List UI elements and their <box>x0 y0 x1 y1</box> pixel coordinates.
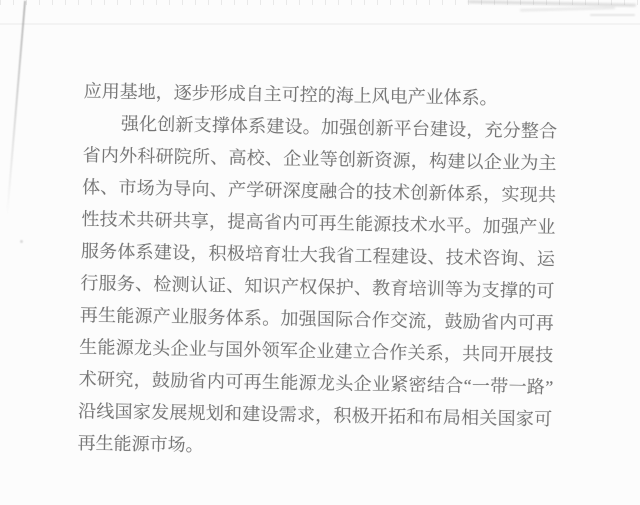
scan-artifact-fold-line <box>6 1 26 216</box>
scan-artifact-speck <box>20 240 23 243</box>
document-text: 应用基地，逐步形成自主可控的海上风电产业体系。 强化创新支撑体系建设。加强创新平… <box>77 75 558 467</box>
scan-artifact-streak <box>520 7 615 11</box>
scanned-page: 应用基地，逐步形成自主可控的海上风电产业体系。 强化创新支撑体系建设。加强创新平… <box>0 0 640 505</box>
scan-artifact-streak <box>590 14 635 16</box>
scan-artifact-top-band <box>0 23 640 25</box>
